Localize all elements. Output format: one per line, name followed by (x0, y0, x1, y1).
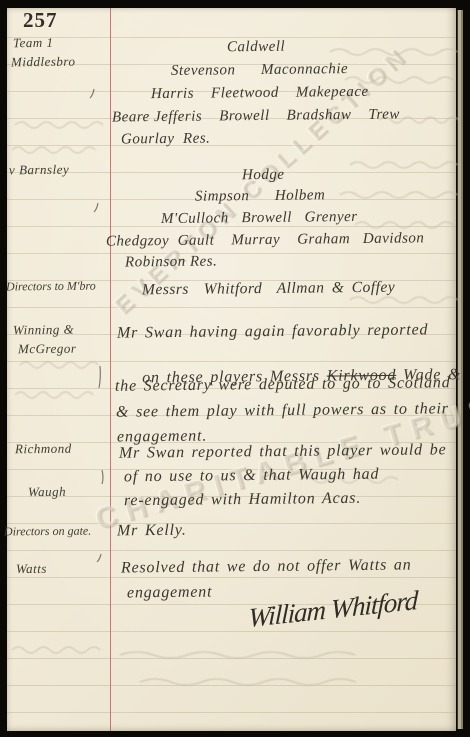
directors-to-mbro-line: Messrs Whitford Allman & Coffey (142, 279, 395, 300)
margin-note-watts: Watts (16, 561, 47, 577)
lineup-barnsley-goalkeeper: Hodge (242, 167, 285, 184)
margin-note-gate: Directors on gate. (4, 524, 91, 540)
minute-book-photo: EVERTON COLLECTION CHARITABLE TRUST (0, 0, 470, 737)
lineup-barnsley-halves: M'Culloch Browell Grenyer (161, 209, 358, 228)
margin-note-scouted-2: McGregor (18, 341, 77, 358)
lineup-mbro-goalkeeper: Caldwell (227, 39, 285, 57)
lineup-barnsley-forwards: Chedgzoy Gault Murray Graham Davidson (106, 230, 425, 250)
margin-note-waugh: Waugh (28, 484, 66, 500)
minute-scotland-line3: the Secretary were deputed to go to Scot… (115, 374, 451, 396)
lineup-mbro-reserve: Gourlay Res. (121, 131, 211, 149)
margin-note-team: Team 1 (13, 35, 54, 51)
minute-richmond-line3: re-engaged with Hamilton Acas. (124, 490, 361, 510)
page-number: 257 (23, 8, 58, 33)
minute-scotland-line4: & see them play with full powers as to t… (116, 400, 449, 421)
lineup-barnsley-backs: Simpson Holbem (195, 187, 325, 205)
minute-watts-line2: engagement (127, 584, 212, 603)
minute-richmond-line1: Mr Swan reported that this player would … (119, 441, 447, 462)
lineup-mbro-backs: Stevenson Maconnachie (171, 61, 348, 80)
lineup-mbro-forwards: Beare Jefferis Browell Bradshaw Trew (112, 106, 400, 126)
margin-note-directors-mbro: Directors to M'bro (6, 279, 96, 295)
minute-scotland-line1: Mr Swan having again favorably reported (117, 321, 428, 342)
lineup-mbro-halves: Harris Fleetwood Makepeace (151, 84, 369, 103)
margin-note-scouted-1: Winning & (13, 322, 74, 339)
lineup-barnsley-reserve: Robinson Res. (125, 254, 218, 272)
margin-note-middlesbro: Middlesbro (11, 54, 76, 71)
margin-note-richmond: Richmond (15, 441, 72, 458)
minute-richmond-line2: of no use to us & that Waugh had (124, 466, 379, 487)
gate-resolution: Mr Kelly. (117, 522, 187, 541)
minute-watts-line1: Resolved that we do not offer Watts an (121, 556, 412, 577)
margin-rule (110, 8, 111, 731)
margin-note-barnsley: v Barnsley (9, 162, 69, 179)
